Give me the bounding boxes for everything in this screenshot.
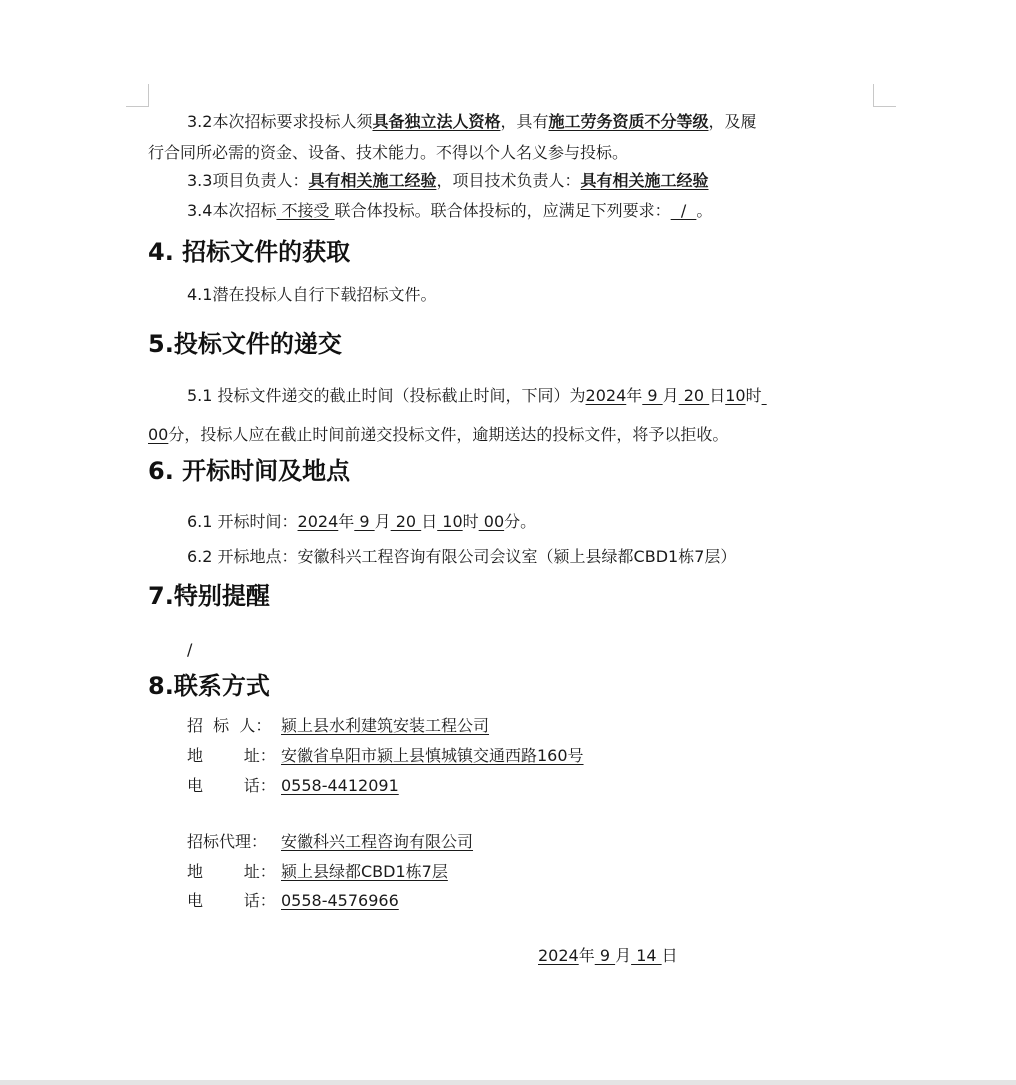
opening-year: 2024 [298, 512, 339, 531]
deadline-minute: 00 [148, 425, 168, 444]
heading-section-7: 7.特别提醒 [148, 581, 270, 611]
text: 年 [626, 386, 642, 405]
paragraph-4-1: 4.1潜在投标人自行下载招标文件。 [187, 284, 436, 306]
paragraph-3-2-cont: 行合同所必需的资金、设备、技术能力。不得以个人名义参与投标。 [148, 142, 628, 164]
heading-section-4: 4. 招标文件的获取 [148, 237, 350, 267]
paragraph-5-1-cont: 00分，投标人应在截止时间前递交投标文件，逾期送达的投标文件，将予以拒收。 [148, 424, 728, 446]
contact-agent: 招标代理：安徽科兴工程咨询有限公司 [187, 831, 473, 853]
agent-address: 颍上县绿都CBD1栋7层 [281, 862, 448, 881]
date-year: 2024 [538, 946, 579, 965]
text: 日 [709, 386, 725, 405]
text: 月 [663, 386, 679, 405]
consortium-requirements: / [671, 201, 697, 220]
heading-section-8: 8.联系方式 [148, 671, 270, 701]
paragraph-5-1: 5.1 投标文件递交的截止时间（投标截止时间，下同）为2024年 9 月 20 … [187, 385, 767, 407]
text: ，具有 [500, 112, 548, 131]
page-margin-corner-top-left [126, 84, 149, 107]
text: 6.1 开标时间： [187, 512, 298, 531]
text: 联合体投标。联合体投标的，应满足下列要求： [335, 201, 671, 220]
document-page: 3.2本次招标要求投标人须具备独立法人资格，具有施工劳务资质不分等级，及履 行合… [0, 0, 1016, 1080]
tenderer-phone: 0558-4412091 [281, 776, 399, 795]
deadline-month: 9 [642, 386, 662, 405]
text: ，及履 [709, 112, 757, 131]
text: ，项目技术负责人： [436, 171, 580, 190]
text: 月 [375, 512, 391, 531]
project-manager-requirement: 具有相关施工经验 [308, 171, 436, 190]
special-notice-content: / [187, 639, 192, 661]
opening-minute: 00 [479, 512, 504, 531]
paragraph-6-2: 6.2 开标地点：安徽科兴工程咨询有限公司会议室（颍上县绿都CBD1栋7层） [187, 546, 736, 568]
text: 3.2本次招标要求投标人须 [187, 112, 372, 131]
deadline-hour: 10 [725, 386, 745, 405]
text: 日 [421, 512, 437, 531]
text: 年 [338, 512, 354, 531]
text: 时 [746, 386, 762, 405]
text: 5.1 投标文件递交的截止时间（投标截止时间，下同）为 [187, 386, 586, 405]
text: 月 [615, 946, 631, 965]
label: 招 标 人： [187, 715, 281, 737]
opening-location: 安徽科兴工程咨询有限公司会议室（颍上县绿都CBD1栋7层） [298, 547, 737, 566]
contact-agent-phone: 电 话：0558-4576966 [187, 890, 399, 912]
paragraph-3-3: 3.3项目负责人：具有相关施工经验，项目技术负责人：具有相关施工经验 [187, 170, 709, 192]
date-month: 9 [595, 946, 615, 965]
opening-day: 20 [391, 512, 422, 531]
label: 地 址： [187, 745, 281, 767]
tech-lead-requirement: 具有相关施工经验 [580, 171, 708, 190]
heading-section-6: 6. 开标时间及地点 [148, 456, 350, 486]
text: 时 [463, 512, 479, 531]
text: 3.4本次招标 [187, 201, 276, 220]
deadline-year: 2024 [586, 386, 627, 405]
page-bottom-edge [0, 1080, 1016, 1085]
text: 分。 [504, 512, 536, 531]
text [762, 386, 767, 405]
qualification-requirement: 具备独立法人资格 [372, 112, 500, 131]
opening-month: 9 [354, 512, 374, 531]
contact-tenderer-address: 地 址：安徽省阜阳市颍上县慎城镇交通西路160号 [187, 745, 584, 767]
paragraph-3-4: 3.4本次招标 不接受 联合体投标。联合体投标的，应满足下列要求： / 。 [187, 200, 712, 222]
text: 分，投标人应在截止时间前递交投标文件，逾期送达的投标文件，将予以拒收。 [168, 425, 728, 444]
paragraph-3-2: 3.2本次招标要求投标人须具备独立法人资格，具有施工劳务资质不分等级，及履 [187, 111, 757, 133]
label: 地 址： [187, 861, 281, 883]
agent-phone: 0558-4576966 [281, 891, 399, 910]
label: 招标代理： [187, 831, 281, 853]
label: 电 话： [187, 890, 281, 912]
label: 电 话： [187, 775, 281, 797]
date-day: 14 [631, 946, 662, 965]
tenderer-address: 安徽省阜阳市颍上县慎城镇交通西路160号 [281, 746, 584, 765]
paragraph-6-1: 6.1 开标时间：2024年 9 月 20 日 10时 00分。 [187, 511, 536, 533]
contact-agent-address: 地 址：颍上县绿都CBD1栋7层 [187, 861, 448, 883]
text: 6.2 开标地点： [187, 547, 298, 566]
text: 3.3项目负责人： [187, 171, 308, 190]
agent-name: 安徽科兴工程咨询有限公司 [281, 832, 473, 851]
text: 。 [696, 201, 712, 220]
labor-qualification: 施工劳务资质不分等级 [548, 112, 708, 131]
page-margin-corner-top-right [873, 84, 896, 107]
document-date: 2024年 9 月 14 日 [538, 945, 678, 967]
tenderer-name: 颍上县水利建筑安装工程公司 [281, 716, 489, 735]
deadline-day: 20 [679, 386, 710, 405]
text: 日 [662, 946, 678, 965]
text: 年 [579, 946, 595, 965]
contact-tenderer: 招 标 人：颍上县水利建筑安装工程公司 [187, 715, 489, 737]
consortium-acceptance: 不接受 [276, 201, 334, 220]
heading-section-5: 5.投标文件的递交 [148, 329, 342, 359]
opening-hour: 10 [437, 512, 462, 531]
contact-tenderer-phone: 电 话：0558-4412091 [187, 775, 399, 797]
